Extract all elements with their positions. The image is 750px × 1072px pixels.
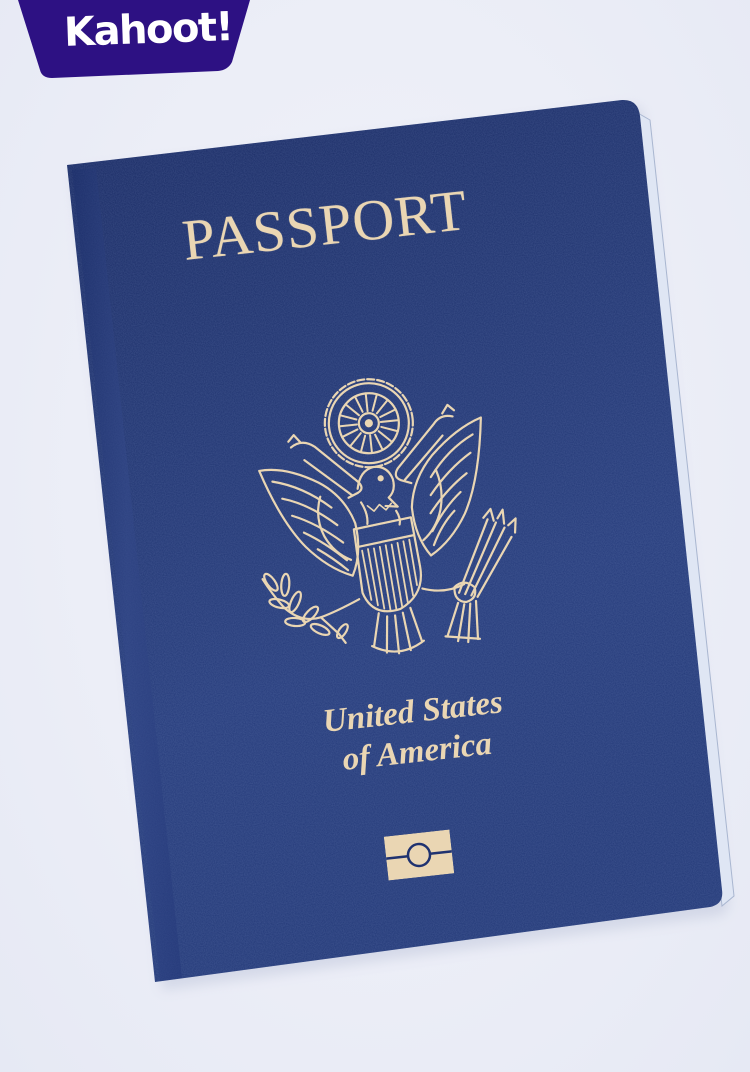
great-seal-eagle-icon (235, 347, 535, 674)
passport-image: PASSPORT (0, 0, 750, 1072)
biometric-chip-icon (384, 830, 454, 881)
kahoot-logo: Kahoot! (63, 7, 233, 53)
kahoot-logo-badge: Kahoot! (0, 0, 270, 82)
